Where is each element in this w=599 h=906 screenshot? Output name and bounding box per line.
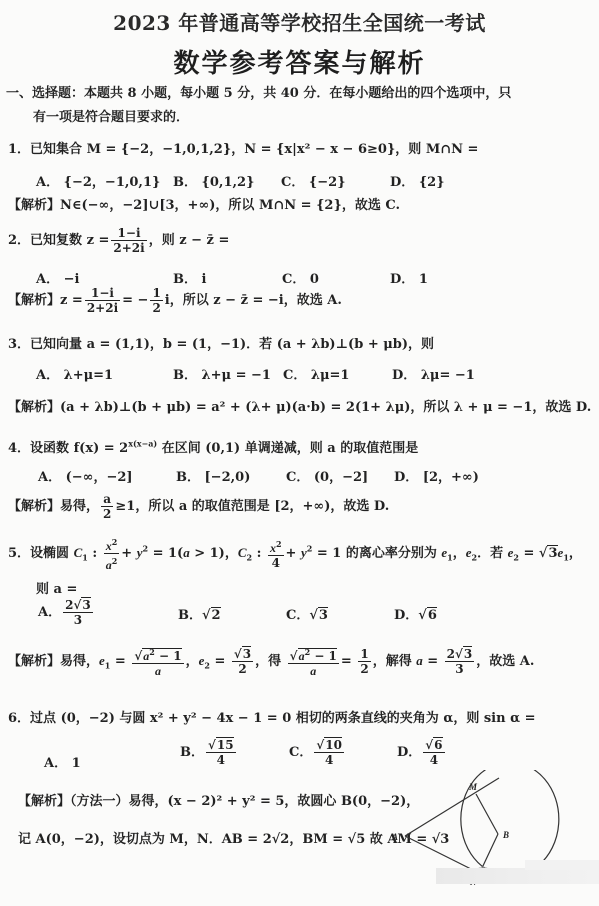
q6-solution-line1: 【解析】（方法一）易得，(x − 2)² + y² = 5，故圆心 B(0，−2… (18, 790, 419, 809)
question-4: 4．设函数 f(x) = 2x(x−a) 在区间 (0,1) 单调递减，则 a … (8, 437, 418, 456)
point-label-m: M (468, 782, 478, 792)
q3-option-d: D． λμ= −1 (392, 364, 475, 383)
q4-option-d: D． [2，+∞) (394, 466, 479, 485)
fraction: 1−i2+2i (111, 226, 146, 255)
question-2: 2．已知复数 z =1−i2+2i，则 z − z̄ = (8, 226, 229, 255)
q4-solution: 【解析】易得，a2≥1，所以 a 的取值范围是 [2，+∞)，故选 D. (8, 492, 389, 521)
q2-option-a: A． −i (36, 268, 79, 287)
q3-solution: 【解析】(a + λb)⊥(b + μb) = a² + (λ+ μ)(a·b)… (8, 396, 591, 415)
page-title: 数学参考答案与解析 (0, 43, 599, 80)
watermark-overlay-top (525, 860, 599, 870)
q2-option-d: D． 1 (390, 268, 428, 287)
q6-option-d: D．√64 (397, 738, 447, 767)
q3-option-a: A． λ+μ=1 (36, 364, 113, 383)
q4-option-c: C． (0，−2] (286, 466, 368, 485)
q6-option-a: A． 1 (44, 752, 81, 771)
q1-option-b: B． {0,1,2} (173, 171, 254, 190)
section-instructions-line2: 有一项是符合题目要求的． (33, 106, 189, 125)
watermark-overlay (436, 868, 599, 884)
q4-option-b: B． [−2,0) (176, 466, 250, 485)
q2-option-c: C． 0 (282, 268, 319, 287)
q1-option-c: C． {−2} (281, 171, 346, 190)
question-5: 5．设椭圆 C1 : x2a2+ y2 = 1(a > 1)，C2 : x24+… (8, 535, 582, 572)
point-label-b: B (502, 830, 509, 840)
tangent-line-an (405, 836, 473, 870)
q5-stem-line2: 则 a = (36, 578, 77, 597)
q1-solution: 【解析】N∈(−∞，−2]∪[3，+∞)，所以 M∩N = {2}，故选 C. (8, 194, 400, 213)
question-6: 6．过点 (0，−2) 与圆 x² + y² − 4x − 1 = 0 相切的两… (8, 707, 536, 726)
question-number: 1． (8, 142, 30, 157)
section-instructions-line1: 一、选择题：本题共 8 小题，每小题 5 分，共 40 分．在每小题给出的四个选… (6, 82, 511, 101)
q2-option-b: B． i (173, 268, 206, 287)
q5-option-b: B．√2 (178, 604, 221, 623)
radius-bm (476, 794, 498, 834)
q5-option-c: C．√3 (286, 604, 328, 623)
radius-bn (482, 834, 498, 868)
exam-title: 2023 年普通高等学校招生全国统一考试 (0, 7, 599, 36)
question-stem: 已知集合 M = {−2，−1,0,1,2}，N = {x|x² − x − 6… (30, 142, 478, 157)
exponent: x(x−a) (128, 439, 157, 449)
q5-option-a: A．2√33 (38, 598, 95, 627)
q2-solution: 【解析】z =1−i2+2i= −12i，所以 z − z̄ = −i，故选 A… (8, 286, 342, 315)
question-3: 3．已知向量 a = (1,1)，b = (1，−1)．若 (a + λb)⊥(… (8, 333, 434, 352)
tangent-circle-diagram: A B M N (380, 770, 599, 906)
q3-option-b: B． λ+μ = −1 (173, 364, 271, 383)
q1-option-a: A． {−2，−1,0,1} (36, 171, 160, 190)
q5-solution: 【解析】易得，e1 = √a2 − 1a，e2 = √32，得 √a2 − 1a… (8, 645, 534, 678)
q3-option-c: C． λμ=1 (283, 364, 349, 383)
q4-option-a: A． (−∞，−2] (38, 466, 133, 485)
point-label-a: A (391, 832, 398, 842)
tangent-line-am (405, 778, 499, 836)
q6-option-c: C．√104 (289, 738, 346, 767)
q1-option-d: D． {2} (390, 171, 445, 190)
q6-option-b: B．√154 (180, 738, 238, 767)
q5-option-d: D．√6 (394, 604, 437, 623)
question-1: 1．已知集合 M = {−2，−1,0,1,2}，N = {x|x² − x −… (8, 138, 478, 157)
